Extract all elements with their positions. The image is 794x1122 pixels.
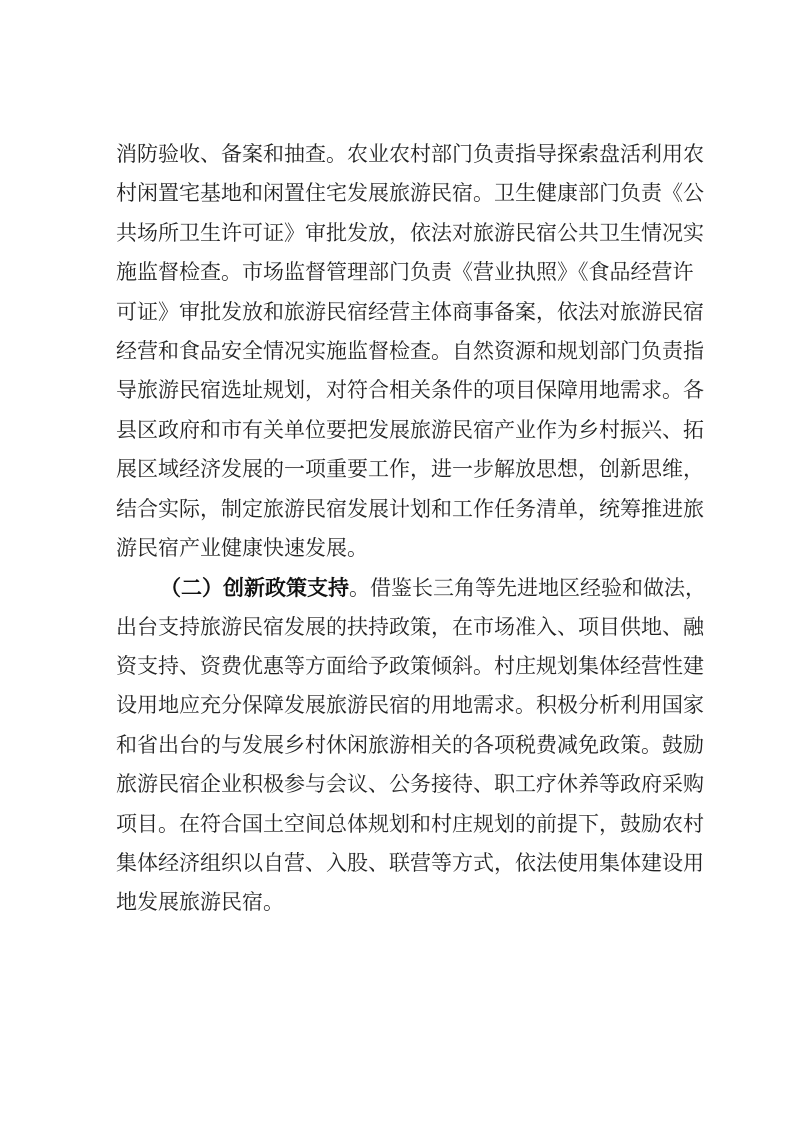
body-text: 消防验收、备案和抽查。农业农村部门负责指导探索盘活利用农 村闲置宅基地和闲置住宅… xyxy=(116,135,686,923)
text-line: 县区政府和市有关单位要把发展旅游民宿产业作为乡村振兴、拓 xyxy=(116,411,682,450)
paragraph-1: 消防验收、备案和抽查。农业农村部门负责指导探索盘活利用农 村闲置宅基地和闲置住宅… xyxy=(116,135,686,568)
paragraph-first-line: （二）创新政策支持。借鉴长三角等先进地区经验和做法， xyxy=(116,568,682,607)
section-heading: （二）创新政策支持 xyxy=(160,575,349,600)
text-line: 项目。在符合国土空间总体规划和村庄规划的前提下，鼓励农村 xyxy=(116,805,682,844)
text-run: 。借鉴长三角等先进地区经验和做法， xyxy=(349,576,706,600)
text-line: 结合实际，制定旅游民宿发展计划和工作任务清单，统筹推进旅 xyxy=(116,490,682,529)
text-line: 资支持、资费优惠等方面给予政策倾斜。村庄规划集体经营性建 xyxy=(116,647,682,686)
text-line: 地发展旅游民宿。 xyxy=(116,883,682,922)
text-line: 消防验收、备案和抽查。农业农村部门负责指导探索盘活利用农 xyxy=(116,135,682,174)
paragraph-2: （二）创新政策支持。借鉴长三角等先进地区经验和做法， 出台支持旅游民宿发展的扶持… xyxy=(116,568,686,923)
text-line: 出台支持旅游民宿发展的扶持政策，在市场准入、项目供地、融 xyxy=(116,608,682,647)
text-line: 村闲置宅基地和闲置住宅发展旅游民宿。卫生健康部门负责《公 xyxy=(116,174,682,213)
text-line: 共场所卫生许可证》审批发放，依法对旅游民宿公共卫生情况实 xyxy=(116,214,682,253)
text-line: 展区域经济发展的一项重要工作，进一步解放思想，创新思维， xyxy=(116,450,682,489)
text-line: 经营和食品安全情况实施监督检查。自然资源和规划部门负责指 xyxy=(116,332,682,371)
text-line: 施监督检查。市场监督管理部门负责《营业执照》《食品经营许 xyxy=(116,253,682,292)
text-line: 和省出台的与发展乡村休闲旅游相关的各项税费减免政策。鼓励 xyxy=(116,726,682,765)
text-line: 导旅游民宿选址规划，对符合相关条件的项目保障用地需求。各 xyxy=(116,371,682,410)
text-line: 可证》审批发放和旅游民宿经营主体商事备案，依法对旅游民宿 xyxy=(116,293,682,332)
text-line: 集体经济组织以自营、入股、联营等方式，依法使用集体建设用 xyxy=(116,844,682,883)
text-line: 游民宿产业健康快速发展。 xyxy=(116,529,682,568)
text-line: 旅游民宿企业积极参与会议、公务接待、职工疗休养等政府采购 xyxy=(116,765,682,804)
text-line: 设用地应充分保障发展旅游民宿的用地需求。积极分析利用国家 xyxy=(116,686,682,725)
document-page: 消防验收、备案和抽查。农业农村部门负责指导探索盘活利用农 村闲置宅基地和闲置住宅… xyxy=(0,0,794,1122)
